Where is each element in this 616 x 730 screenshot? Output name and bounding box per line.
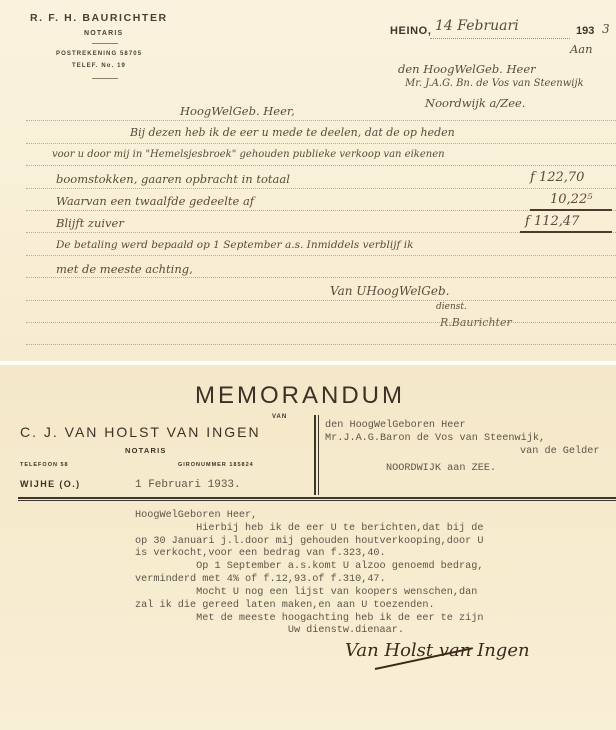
header-divider-horizontal xyxy=(18,500,616,501)
letterhead-title: NOTARIS xyxy=(84,30,123,37)
recipient-aan: Aan xyxy=(570,42,593,56)
body-line: Bij dezen heb ik de eer u mede te deelen… xyxy=(130,126,455,139)
amount-underline xyxy=(520,231,612,233)
body-line: De betaling werd bepaald op 1 September … xyxy=(56,239,413,251)
letterhead-divider xyxy=(92,43,118,44)
memo-recipient-line-1: den HoogWelGeboren Heer xyxy=(325,420,466,433)
memo-body-line: Hierbij heb ik de eer U te berichten,dat… xyxy=(135,523,483,536)
memo-body-line: zal ik die gereed laten maken,en aan U t… xyxy=(135,600,435,613)
letterhead-telefoon: TELEF. No. 19 xyxy=(72,63,126,69)
amount-net: f 112,47 xyxy=(525,214,579,229)
memo-body-line: verminderd met 4% of f.12,93.of f.310,47… xyxy=(135,574,386,587)
header-divider-vertical xyxy=(318,415,319,495)
body-line: Blijft zuiver xyxy=(56,216,124,230)
ruled-line xyxy=(26,120,616,121)
memorandum-heading: MEMORANDUM xyxy=(195,382,405,410)
body-line: voor u door mij in "Hemelsjesbroek" geho… xyxy=(52,149,445,160)
letterhead-divider xyxy=(92,78,118,79)
closing-line: Van UHoogWelGeb. xyxy=(330,284,449,298)
memo-recipient-line-2: Mr.J.A.G.Baron de Vos van Steenwijk, xyxy=(325,433,545,446)
memo-body-line: Op 1 September a.s.komt U alzoo genoemd … xyxy=(135,561,483,574)
date-line xyxy=(430,38,570,39)
signature-baurichter: R.Baurichter xyxy=(440,316,512,329)
memo-van-label: VAN xyxy=(272,414,287,420)
sender-city: WIJHE (O.) xyxy=(20,479,81,489)
ruled-line xyxy=(26,277,616,278)
body-line: boomstokken, gaaren opbracht in totaal xyxy=(56,172,290,186)
memo-body-line: Uw dienstw.dienaar. xyxy=(135,625,404,638)
ruled-line xyxy=(26,322,616,323)
memo-recipient-line-3: van de Gelder xyxy=(520,446,599,459)
year-handwritten: 3 xyxy=(602,22,610,36)
header-divider-vertical xyxy=(314,415,316,495)
ruled-line xyxy=(26,300,616,301)
place-label: HEINO, xyxy=(390,25,432,37)
salutation: HoogWelGeb. Heer, xyxy=(180,104,295,118)
sender-title: NOTARIS xyxy=(125,446,167,455)
recipient-line-3: Noordwijk a/Zee. xyxy=(425,96,525,110)
letterhead-postrekening: POSTREKENING 58705 xyxy=(56,51,142,57)
sender-gironummer: GIRONUMMER 185824 xyxy=(178,462,254,468)
ruled-line xyxy=(26,165,616,166)
letterhead-name: R. F. H. BAURICHTER xyxy=(30,12,168,24)
sender-telefoon: TELEFOON 58 xyxy=(20,462,69,468)
ruled-line xyxy=(26,255,616,256)
memo-body-line: is verkocht,voor een bedrag van f.323,40… xyxy=(135,548,386,561)
amount-total: f 122,70 xyxy=(530,170,584,185)
memo-body-line: Mocht U nog een lijst van koopers wensch… xyxy=(135,587,477,600)
header-divider-horizontal xyxy=(18,497,616,499)
ruled-line xyxy=(26,143,616,144)
body-line: Waarvan een twaalfde gedeelte af xyxy=(56,194,254,208)
ruled-line xyxy=(26,210,616,211)
memo-body-line: HoogWelGeboren Heer, xyxy=(135,510,257,523)
handwritten-date: 14 Februari xyxy=(435,18,519,34)
amount-deduction: 10,22⁵ xyxy=(550,192,592,207)
recipient-line-1: den HoogWelGeb. Heer xyxy=(398,62,536,76)
amount-underline xyxy=(530,209,612,211)
memo-body-line: Met de meeste hoogachting heb ik de eer … xyxy=(135,613,483,626)
signature-van-holst: Van Holst van Ingen xyxy=(345,640,530,661)
memo-body-line: op 30 Januari j.l.door mij gehouden hout… xyxy=(135,536,483,549)
ruled-line xyxy=(26,344,616,345)
ruled-line xyxy=(26,188,616,189)
year-printed: 193 xyxy=(576,25,594,37)
memo-date: 1 Februari 1933. xyxy=(135,479,241,492)
body-line: met de meeste achting, xyxy=(56,262,193,276)
closing-line-2: dienst. xyxy=(436,302,467,312)
sender-name: C. J. VAN HOLST VAN INGEN xyxy=(20,424,261,440)
memo-recipient-line-4: NOORDWIJK aan ZEE. xyxy=(386,463,496,476)
recipient-line-2: Mr. J.A.G. Bn. de Vos van Steenwijk xyxy=(405,78,584,89)
